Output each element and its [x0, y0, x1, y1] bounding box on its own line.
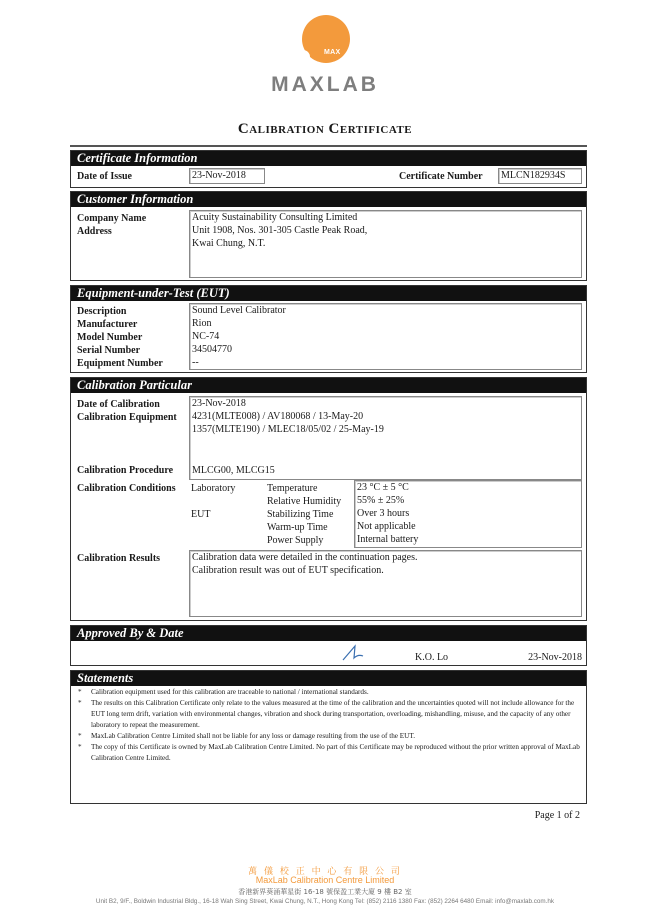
approval-section: Approved By & Date K.O. Lo 23-Nov-2018 — [70, 625, 587, 666]
condition-group-eut: EUT — [191, 508, 210, 521]
conditions-values-box: 23 °C ± 5 °C 55% ± 25% Over 3 hours Not … — [354, 480, 582, 548]
address-line: Kwai Chung, N.T. — [190, 237, 581, 250]
condition-value: 23 °C ± 5 °C — [355, 481, 581, 494]
calibration-result-line: Calibration result was out of EUT specif… — [190, 564, 581, 577]
approval-date: 23-Nov-2018 — [528, 651, 582, 664]
statements-section: Statements *Calibration equipment used f… — [70, 670, 587, 804]
calibration-conditions-label: Calibration Conditions — [77, 482, 176, 495]
statement-text: Calibration equipment used for this cali… — [91, 688, 369, 696]
statements-list: *Calibration equipment used for this cal… — [71, 687, 586, 764]
section-heading: Equipment-under-Test (EUT) — [71, 286, 586, 301]
date-of-issue-label: Date of Issue — [77, 170, 132, 183]
condition-param: Relative Humidity — [267, 495, 341, 508]
eut-equipment-number-label: Equipment Number — [77, 357, 163, 370]
address-line: Unit 1908, Nos. 301-305 Castle Peak Road… — [190, 224, 581, 237]
certificate-number-value: MLCN182934S — [499, 169, 581, 182]
calibration-date-label: Date of Calibration — [77, 398, 160, 411]
statement-item: *Calibration equipment used for this cal… — [91, 687, 586, 698]
eut-model-label: Model Number — [77, 331, 142, 344]
condition-value: Over 3 hours — [355, 507, 581, 520]
calibration-equipment-label: Calibration Equipment — [77, 411, 177, 424]
footer-address-cn: 香港新界葵涌華星街 16-18 號保盈工業大廈 9 樓 B2 室 — [0, 887, 650, 897]
certificate-number-field: MLCN182934S — [498, 168, 582, 184]
customer-details-box: Acuity Sustainability Consulting Limited… — [189, 210, 582, 278]
statement-item: *The results on this Calibration Certifi… — [91, 698, 586, 731]
eut-section: Equipment-under-Test (EUT) Description M… — [70, 285, 587, 373]
condition-value: 55% ± 25% — [355, 494, 581, 507]
approver-name: K.O. Lo — [415, 651, 448, 664]
calibration-section: Calibration Particular Date of Calibrati… — [70, 377, 587, 621]
customer-info-section: Customer Information Company Name Addres… — [70, 191, 587, 281]
statement-item: *MaxLab Calibration Centre Limited shall… — [91, 731, 586, 742]
section-heading: Customer Information — [71, 192, 586, 207]
section-heading: Calibration Particular — [71, 378, 586, 393]
eut-details-box: Sound Level Calibrator Rion NC-74 345047… — [189, 303, 582, 370]
condition-value: Not applicable — [355, 520, 581, 533]
section-heading: Approved By & Date — [71, 626, 586, 641]
logo-wordmark: MAXLAB — [254, 73, 396, 97]
eut-manufacturer-label: Manufacturer — [77, 318, 137, 331]
condition-value: Internal battery — [355, 533, 581, 546]
eut-equipment-number-value: -- — [190, 356, 581, 369]
condition-param: Temperature — [267, 482, 317, 495]
eut-serial-value: 34504770 — [190, 343, 581, 356]
eut-model-value: NC-74 — [190, 330, 581, 343]
company-name-value: Acuity Sustainability Consulting Limited — [190, 211, 581, 224]
eut-manufacturer-value: Rion — [190, 317, 581, 330]
calibration-equipment-item: 1357(MLTE190) / MLEC18/05/02 / 25-May-19 — [190, 423, 581, 436]
signature-icon — [341, 642, 371, 662]
eut-serial-label: Serial Number — [77, 344, 140, 357]
page-number: Page 1 of 2 — [535, 810, 580, 821]
company-name-label: Company Name — [77, 212, 146, 225]
logo-circle-notch — [296, 50, 310, 64]
eut-description-value: Sound Level Calibrator — [190, 304, 581, 317]
date-of-issue-value: 23-Nov-2018 — [190, 169, 264, 182]
calibration-result-line: Calibration data were detailed in the co… — [190, 551, 581, 564]
statement-text: MaxLab Calibration Centre Limited shall … — [91, 732, 415, 740]
calibration-results-box: Calibration data were detailed in the co… — [189, 550, 582, 617]
certificate-number-label: Certificate Number — [399, 170, 483, 183]
footer-company-en: MaxLab Calibration Centre Limited — [0, 875, 650, 885]
certificate-info-section: Certificate Information Date of Issue 23… — [70, 150, 587, 188]
condition-param: Power Supply — [267, 534, 323, 547]
footer-address-en: Unit B2, 9/F., Boldwin Industrial Bldg.,… — [0, 898, 650, 905]
statement-item: *The copy of this Certificate is owned b… — [91, 742, 586, 764]
condition-param: Warm-up Time — [267, 521, 328, 534]
title-divider — [70, 145, 587, 147]
statement-text: The copy of this Certificate is owned by… — [91, 743, 580, 762]
address-label: Address — [77, 225, 112, 238]
calibration-equipment-item: 4231(MLTE008) / AV180068 / 13-May-20 — [190, 410, 581, 423]
condition-group-laboratory: Laboratory — [191, 482, 235, 495]
section-heading: Statements — [71, 671, 586, 686]
calibration-details-box: 23-Nov-2018 4231(MLTE008) / AV180068 / 1… — [189, 396, 582, 480]
calibration-procedure-value: MLCG00, MLCG15 — [190, 464, 275, 477]
calibration-procedure-label: Calibration Procedure — [77, 464, 173, 477]
condition-param: Stabilizing Time — [267, 508, 333, 521]
statement-text: The results on this Calibration Certific… — [91, 699, 574, 729]
date-of-issue-field: 23-Nov-2018 — [189, 168, 265, 184]
calibration-results-label: Calibration Results — [77, 552, 160, 565]
logo-badge: MAX — [324, 49, 340, 56]
eut-description-label: Description — [77, 305, 126, 318]
calibration-date-value: 23-Nov-2018 — [190, 397, 581, 410]
page-title: Calibration Certificate — [0, 121, 650, 138]
section-heading: Certificate Information — [71, 151, 586, 166]
